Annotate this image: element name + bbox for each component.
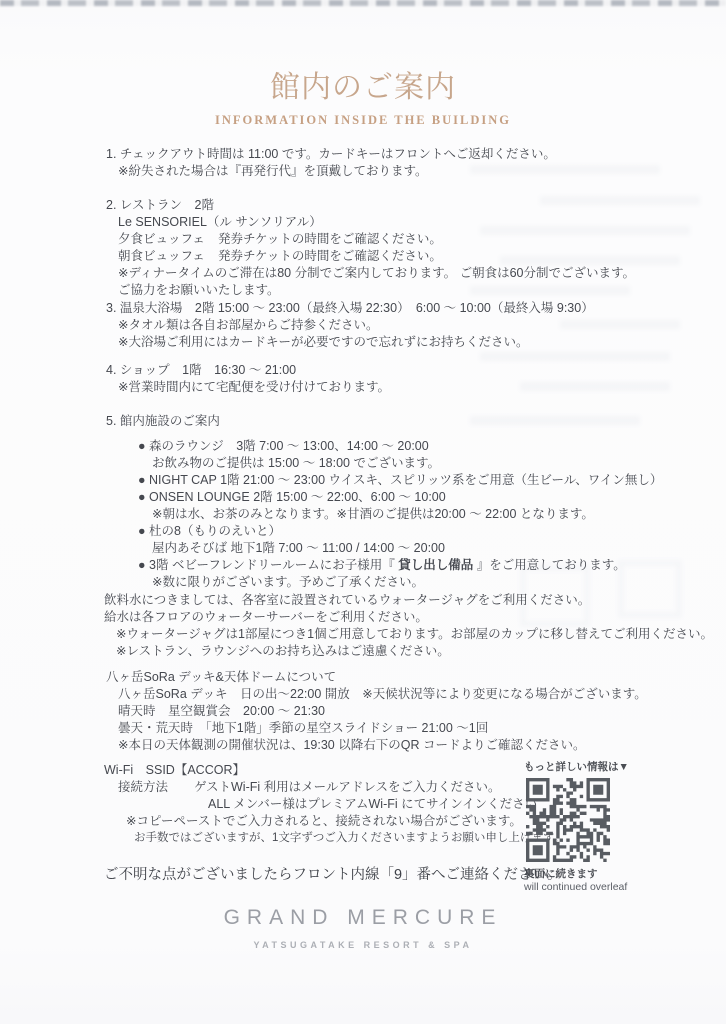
restaurant-note2: ご協力をお願いいたします。 [106, 282, 720, 299]
shop-title: 4. ショップ 1階 16:30 ～ 21:00 [106, 362, 720, 379]
dinner-label: 夕食ビュッフェ [118, 231, 218, 248]
bath-note2: ※大浴場ご利用にはカードキーが必要ですので忘れずにお持ちください。 [106, 334, 720, 351]
facility-morino-eito: ● 杜の8（もりのえいと） [106, 523, 720, 540]
sora-line3: 曇天・荒天時 「地下1階」季節の星空スライドショー 21:00 ～1回 [106, 720, 720, 737]
bath-title: 3. 温泉大浴場 2階 15:00 ～ 23:00（最終入場 22:30） 6:… [106, 300, 720, 317]
facility-baby-room-note: ※数に限りがございます。予めご了承ください。 [106, 574, 720, 591]
section-wifi: Wi-Fi SSID【ACCOR】 接続方法ゲストWi-Fi 利用はメールアドレ… [104, 762, 504, 847]
facility-baby-room: ● 3階 ベビーフレンドリールームにお子様用『 貸し出し備品 』をご用意しており… [106, 557, 720, 574]
breakfast-text: 発券チケットの時間をご確認ください。 [218, 249, 442, 263]
restaurant-title: 2. レストラン 2階 [106, 197, 720, 214]
water-line2: 給水は各フロアのウォーターサーバーをご利用ください。 [104, 609, 718, 626]
wifi-method-text: ゲストWi-Fi 利用はメールアドレスをご入力ください。 [194, 780, 501, 794]
scan-ghost-text [480, 352, 670, 361]
section-facilities: 5. 館内施設のご案内 ● 森のラウンジ 3階 7:00 ～ 13:00、14:… [106, 413, 720, 591]
section-checkout: 1. チェックアウト時間は 11:00 です。カードキーはフロントへご返却くださ… [106, 146, 720, 180]
qr-caption-top: もっと詳しい情報は▼ [524, 760, 654, 774]
brand-logo-text: GRAND MERCURE [0, 906, 726, 930]
baby-room-post: 』をご用意しております。 [473, 558, 625, 572]
shop-note1: ※営業時間内にて宅配便を受け付けております。 [106, 379, 720, 396]
facility-morino-eito-sub: 屋内あそびば 地下1階 7:00 ～ 11:00 / 14:00 ～ 20:00 [106, 540, 720, 557]
facility-onsen-lounge: ● ONSEN LOUNGE 2階 15:00 ～ 22:00、6:00 ～ 1… [106, 489, 720, 506]
info-sheet-page: 館内のご案内 INFORMATION INSIDE THE BUILDING 1… [0, 0, 726, 1024]
sora-line1: 八ヶ岳SoRa デッキ 日の出～22:00 開放 ※天候状況等により変更になる場… [106, 686, 720, 703]
breakfast-label: 朝食ビュッフェ [118, 248, 218, 265]
section-bath: 3. 温泉大浴場 2階 15:00 ～ 23:00（最終入場 22:30） 6:… [106, 300, 720, 351]
section-water: 飲料水につきましては、各客室に設置されているウォータージャグをご利用ください。 … [104, 592, 718, 660]
facilities-title: 5. 館内施設のご案内 [106, 413, 720, 430]
sora-line2: 晴天時 星空観賞会 20:00 ～ 21:30 [106, 703, 720, 720]
water-line1: 飲料水につきましては、各客室に設置されているウォータージャグをご利用ください。 [104, 592, 718, 609]
facility-lounge-sub: お飲み物のご提供は 15:00 ～ 18:00 でございます。 [106, 455, 720, 472]
brand-footer: GRAND MERCURE YATSUGATAKE RESORT & SPA [0, 906, 726, 950]
wifi-method-label: 接続方法 [118, 779, 194, 796]
facilities-list: ● 森のラウンジ 3階 7:00 ～ 13:00、14:00 ～ 20:00 お… [106, 438, 720, 591]
restaurant-dinner-line: 夕食ビュッフェ発券チケットの時間をご確認ください。 [106, 231, 720, 248]
bath-note1: ※タオル類は各自お部屋からご持参ください。 [106, 317, 720, 334]
restaurant-note1: ※ディナータイムのご滞在は80 分制でご案内しております。 ご朝食は60分制でご… [106, 265, 720, 282]
wifi-note1: ※コピーペーストでご入力されると、接続されない場合がございます。 [104, 813, 504, 830]
facility-lounge: ● 森のラウンジ 3階 7:00 ～ 13:00、14:00 ～ 20:00 [106, 438, 720, 455]
baby-room-bold: 貸し出し備品 [398, 558, 473, 572]
checkout-line: 1. チェックアウト時間は 11:00 です。カードキーはフロントへご返却くださ… [106, 146, 720, 163]
facility-onsen-lounge-note: ※朝は水、お茶のみとなります。※甘酒のご提供は20:00 ～ 22:00 となり… [106, 506, 720, 523]
facility-nightcap: ● NIGHT CAP 1階 21:00 ～ 23:00 ウイスキ、スピリッツ系… [106, 472, 720, 489]
sora-note1: ※本日の天体観測の開催状況は、19:30 以降右下のQR コードよりご確認くださ… [106, 737, 720, 754]
wifi-title: Wi-Fi SSID【ACCOR】 [104, 762, 504, 779]
page-header: 館内のご案内 INFORMATION INSIDE THE BUILDING [0, 62, 726, 128]
page-title: 館内のご案内 [0, 62, 726, 106]
checkout-note: ※紛失された場合は『再発行代』を頂戴しております。 [106, 163, 720, 180]
water-note1: ※ウォータージャグは1部屋につき1個ご用意しております。お部屋のカップに移し替え… [104, 626, 718, 643]
brand-logo-subtext: YATSUGATAKE RESORT & SPA [0, 940, 726, 950]
section-shop: 4. ショップ 1階 16:30 ～ 21:00 ※営業時間内にて宅配便を受け付… [106, 362, 720, 396]
wifi-note2: お手数ではございますが、1文字ずつご入力くださいますようお願い申し上げます。 [104, 830, 504, 847]
section-restaurant: 2. レストラン 2階 Le SENSORIEL（ル サンソリアル） 夕食ビュッ… [106, 197, 720, 299]
sora-title: 八ヶ岳SoRa デッキ&天体ドームについて [106, 669, 720, 686]
wifi-all-members-line: ALL メンバー様はプレミアムWi-Fi にてサインインください [104, 796, 504, 813]
qr-code [524, 778, 612, 862]
water-note2: ※レストラン、ラウンジへのお持ち込みはご遠慮ください。 [104, 643, 718, 660]
restaurant-breakfast-line: 朝食ビュッフェ発券チケットの時間をご確認ください。 [106, 248, 720, 265]
dinner-text: 発券チケットの時間をご確認ください。 [218, 232, 442, 246]
section-sora: 八ヶ岳SoRa デッキ&天体ドームについて 八ヶ岳SoRa デッキ 日の出～22… [106, 669, 720, 754]
page-subtitle: INFORMATION INSIDE THE BUILDING [0, 113, 726, 128]
restaurant-name: Le SENSORIEL（ル サンソリアル） [106, 214, 720, 231]
front-desk-contact-line: ご不明な点がございましたらフロント内線「9」番へご連絡ください。 [104, 863, 562, 884]
baby-room-pre: ● 3階 ベビーフレンドリールームにお子様用『 [138, 558, 398, 572]
scan-bleed-artifact-top [0, 0, 726, 6]
wifi-method-line: 接続方法ゲストWi-Fi 利用はメールアドレスをご入力ください。 [104, 779, 504, 796]
